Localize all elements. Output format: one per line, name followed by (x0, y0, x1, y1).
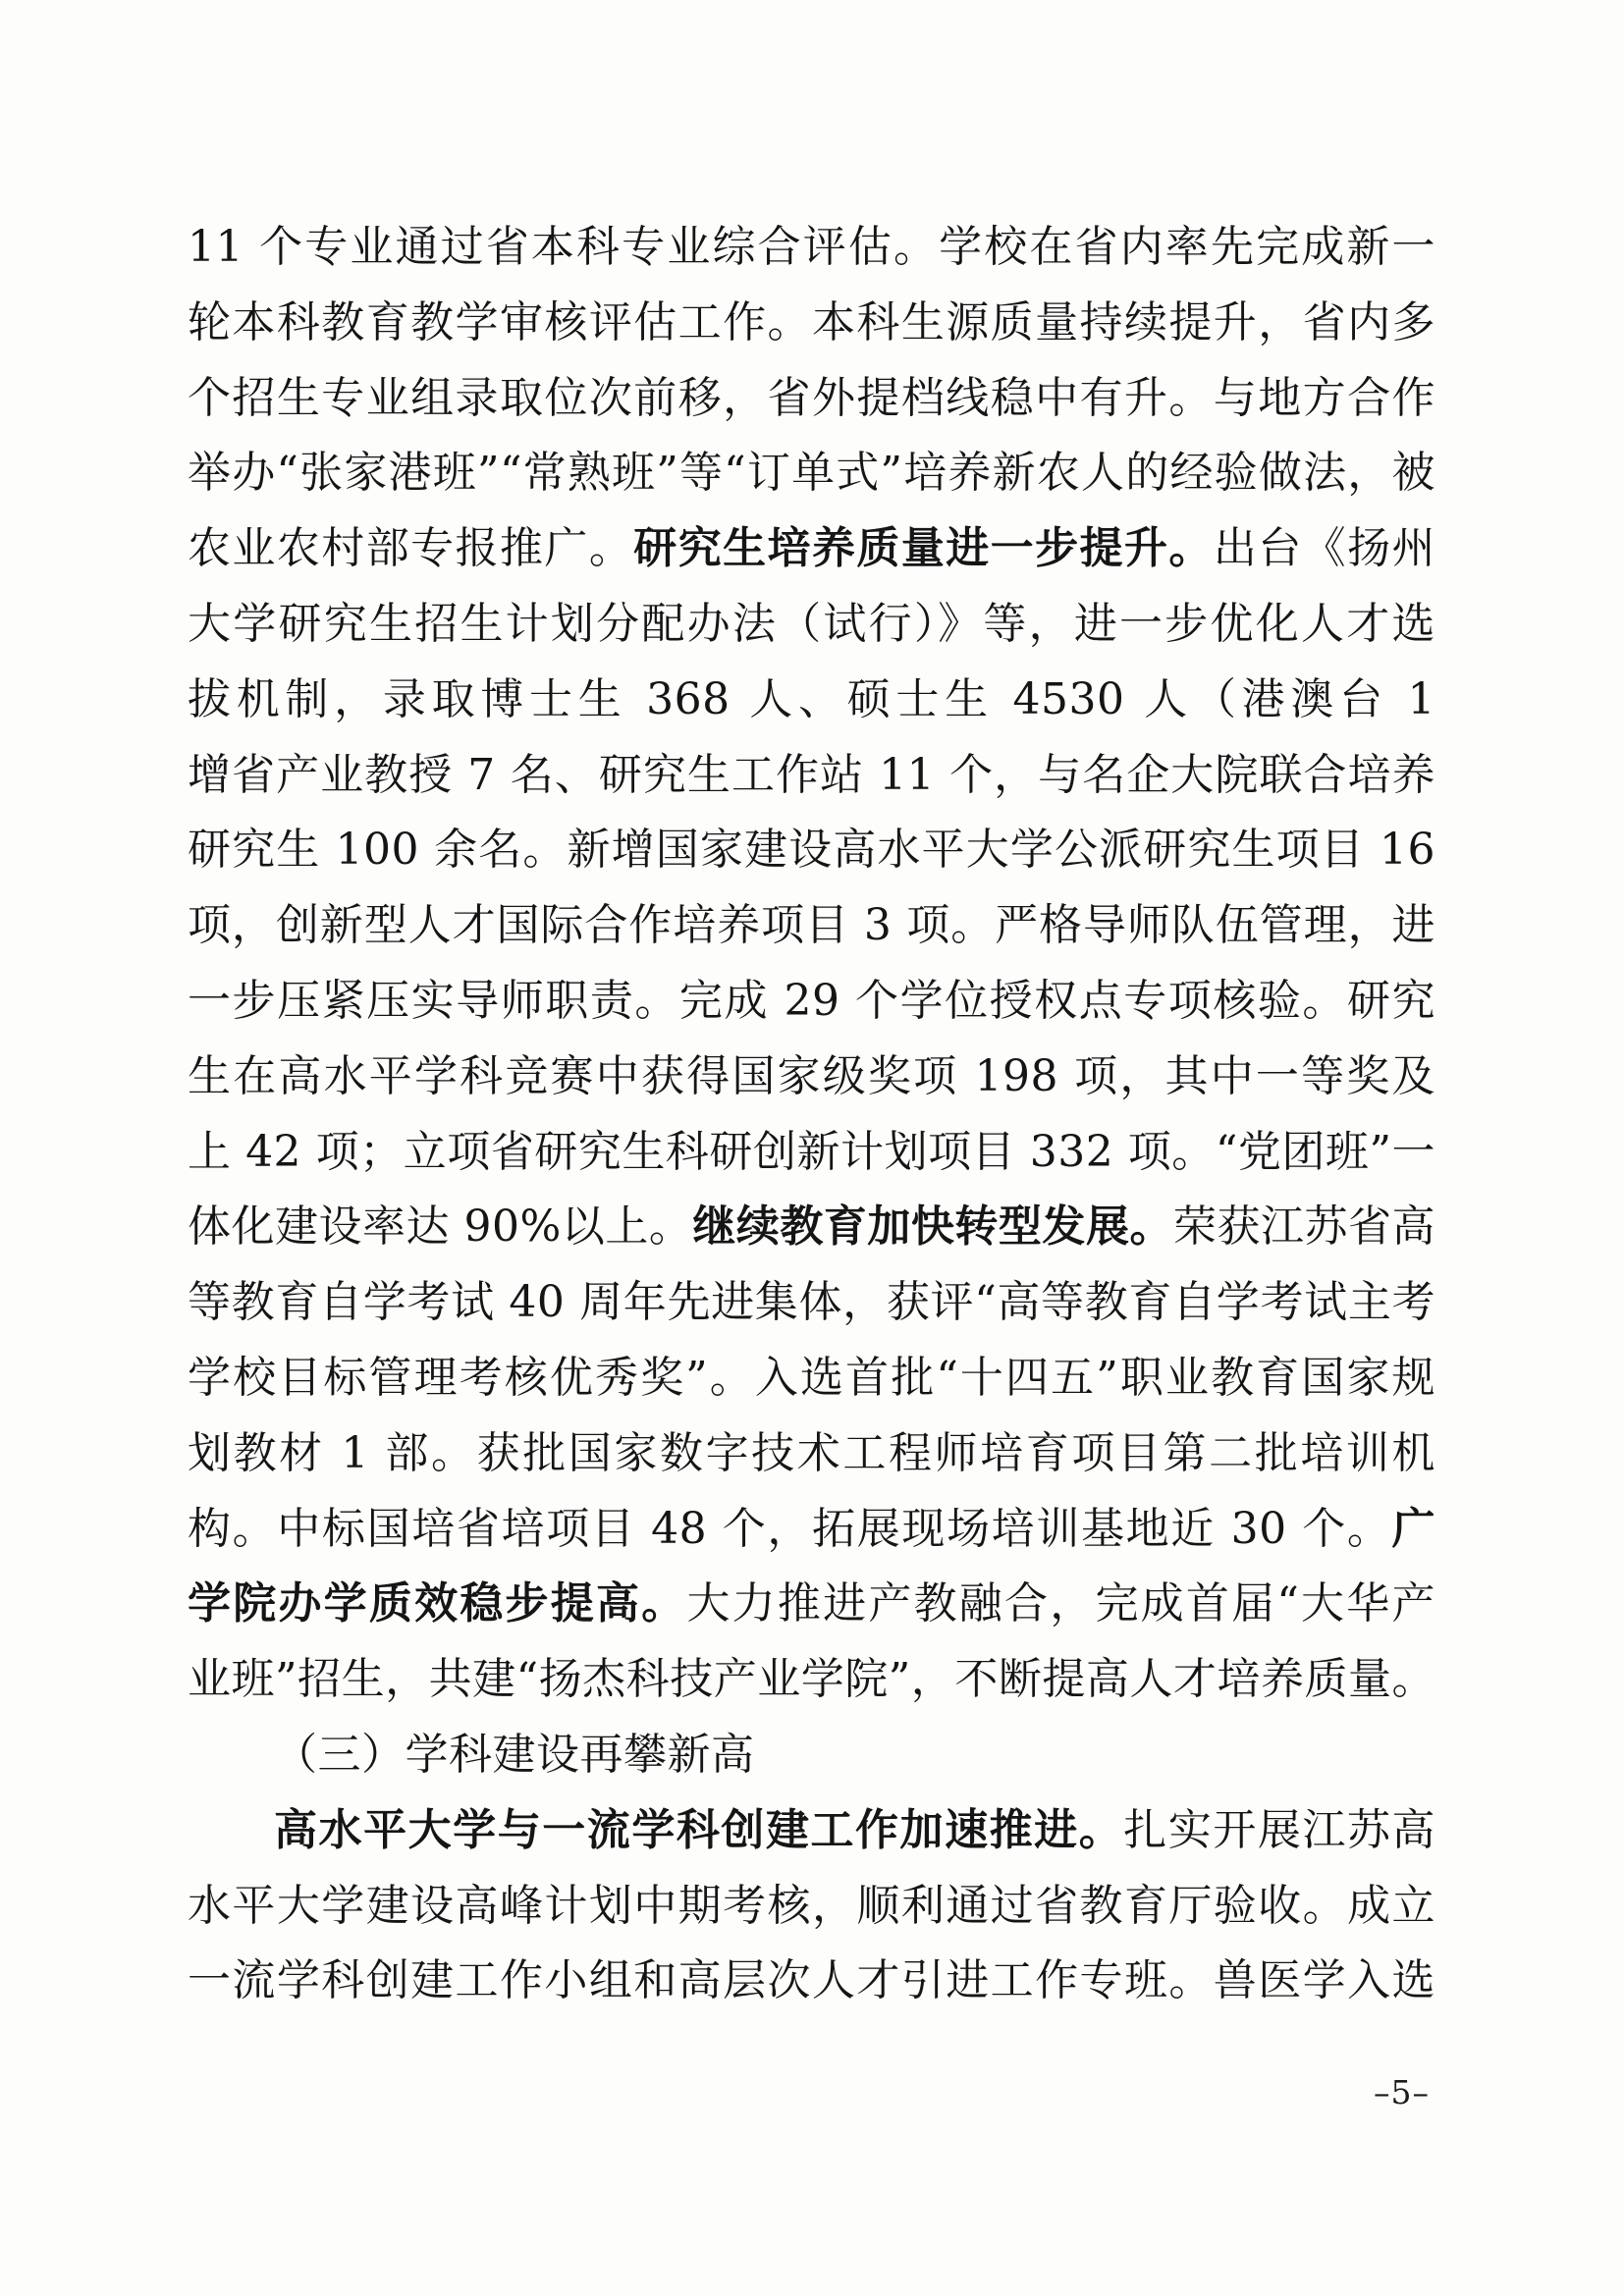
body-text: 等教育自学考试 40 周年先进集体，获评“高等教育自学考试主考 (188, 1277, 1435, 1327)
bold-emphasis-text: 学院办学质效稳步提高。 (188, 1578, 686, 1629)
body-text: 学校目标管理考核优秀奖”。入选首批“十四五”职业教育国家规 (188, 1353, 1435, 1403)
body-text: 农业农村部专报推广。 (188, 523, 633, 573)
body-line: 个招生专业组录取位次前移，省外提档线稳中有升。与地方合作 (188, 361, 1435, 437)
body-text: 出台《扬州 (1214, 523, 1435, 573)
body-line: 项，创新型人才国际合作培养项目 3 项。严格导师队伍管理，进 (188, 888, 1435, 964)
body-line: 上 42 项；立项省研究生科研创新计划项目 332 项。“党团班”一 (188, 1115, 1435, 1191)
document-page: 11 个专业通过省本科专业综合评估。学校在省内率先完成新一轮本科教育教学审核评估… (0, 0, 1624, 2296)
body-text: 体化建设率达 90%以上。 (188, 1201, 692, 1252)
body-text: 划教材 1 部。获批国家数字技术工程师培育项目第二批培训机 (188, 1428, 1435, 1478)
body-text: 一流学科创建工作小组和高层次人才引进工作专班。兽医学入选 (188, 1955, 1435, 2005)
bold-emphasis-text: 高水平大学与一流学科创建工作加速推进。 (274, 1805, 1123, 1855)
body-text: 增省产业教授 7 名、研究生工作站 11 个，与名企大院联合培养 (188, 750, 1435, 800)
body-line: 拔机制，录取博士生 368 人、硕士生 4530 人（港澳台 1 人）。新 (188, 663, 1435, 738)
body-line: 一步压紧压实导师职责。完成 29 个学位授权点专项核验。研究 (188, 964, 1435, 1040)
body-line: 体化建设率达 90%以上。继续教育加快转型发展。荣获江苏省高 (188, 1190, 1435, 1265)
body-text: 上 42 项；立项省研究生科研创新计划项目 332 项。“党团班”一 (188, 1127, 1435, 1177)
body-line: 水平大学建设高峰计划中期考核，顺利通过省教育厅验收。成立 (188, 1869, 1435, 1945)
body-line: 高水平大学与一流学科创建工作加速推进。扎实开展江苏高 (188, 1793, 1435, 1869)
body-text: 构。中标国培省培项目 48 个，拓展现场培训基地近 30 个。 (188, 1504, 1392, 1554)
body-line: 构。中标国培省培项目 48 个，拓展现场培训基地近 30 个。广陵 (188, 1492, 1435, 1568)
body-text: 11 个专业通过省本科专业综合评估。学校在省内率先完成新一 (188, 222, 1435, 272)
body-text: 举办“张家港班”“常熟班”等“订单式”培养新农人的经验做法，被 (188, 448, 1435, 498)
body-line: 学校目标管理考核优秀奖”。入选首批“十四五”职业教育国家规 (188, 1341, 1435, 1416)
body-line: 11 个专业通过省本科专业综合评估。学校在省内率先完成新一 (188, 210, 1435, 286)
body-line: 大学研究生招生计划分配办法（试行）》等，进一步优化人才选 (188, 587, 1435, 663)
page-number: –5– (1374, 2073, 1430, 2111)
body-text: 大力推进产教融合，完成首届“大华产 (686, 1578, 1435, 1629)
body-text: 扎实开展江苏高 (1123, 1805, 1435, 1855)
body-line: 生在高水平学科竞赛中获得国家级奖项 198 项，其中一等奖及以 (188, 1040, 1435, 1115)
body-text: 研究生 100 余名。新增国家建设高水平大学公派研究生项目 16 (188, 825, 1435, 875)
body-line: 学院办学质效稳步提高。大力推进产教融合，完成首届“大华产 (188, 1567, 1435, 1642)
bold-emphasis-text: 继续教育加快转型发展。 (692, 1201, 1173, 1252)
body-text: 轮本科教育教学审核评估工作。本科生源质量持续提升，省内多 (188, 297, 1435, 347)
body-line: 农业农村部专报推广。研究生培养质量进一步提升。出台《扬州 (188, 511, 1435, 587)
body-text: 业班”招生，共建“扬杰科技产业学院”，不断提高人才培养质量。 (188, 1654, 1435, 1704)
body-line: 业班”招生，共建“扬杰科技产业学院”，不断提高人才培养质量。 (188, 1642, 1435, 1718)
bold-emphasis-text: 研究生培养质量进一步提升。 (633, 523, 1214, 573)
body-line: 划教材 1 部。获批国家数字技术工程师培育项目第二批培训机 (188, 1416, 1435, 1492)
body-text: 荣获江苏省高 (1173, 1201, 1435, 1252)
body-text: 拔机制，录取博士生 368 人、硕士生 4530 人（港澳台 1 人）。新 (188, 674, 1435, 738)
body-line: 增省产业教授 7 名、研究生工作站 11 个，与名企大院联合培养 (188, 738, 1435, 814)
text-block: 11 个专业通过省本科专业综合评估。学校在省内率先完成新一轮本科教育教学审核评估… (188, 210, 1435, 2019)
body-text: 个招生专业组录取位次前移，省外提档线稳中有升。与地方合作 (188, 373, 1435, 423)
section-heading: （三）学科建设再攀新高 (188, 1718, 1435, 1793)
body-text: 水平大学建设高峰计划中期考核，顺利通过省教育厅验收。成立 (188, 1881, 1435, 1931)
body-line: 一流学科创建工作小组和高层次人才引进工作专班。兽医学入选 (188, 1944, 1435, 2019)
body-text: 一步压紧压实导师职责。完成 29 个学位授权点专项核验。研究 (188, 976, 1435, 1026)
body-line: 研究生 100 余名。新增国家建设高水平大学公派研究生项目 16 (188, 813, 1435, 888)
body-text: 大学研究生招生计划分配办法（试行）》等，进一步优化人才选 (188, 599, 1435, 649)
body-line: 轮本科教育教学审核评估工作。本科生源质量持续提升，省内多 (188, 286, 1435, 361)
body-text: 项，创新型人才国际合作培养项目 3 项。严格导师队伍管理，进 (188, 900, 1435, 950)
body-text: 生在高水平学科竞赛中获得国家级奖项 198 项，其中一等奖及以 (188, 1051, 1435, 1115)
body-line: 举办“张家港班”“常熟班”等“订单式”培养新农人的经验做法，被 (188, 436, 1435, 511)
body-text: （三）学科建设再攀新高 (274, 1730, 755, 1780)
body-line: 等教育自学考试 40 周年先进集体，获评“高等教育自学考试主考 (188, 1265, 1435, 1341)
